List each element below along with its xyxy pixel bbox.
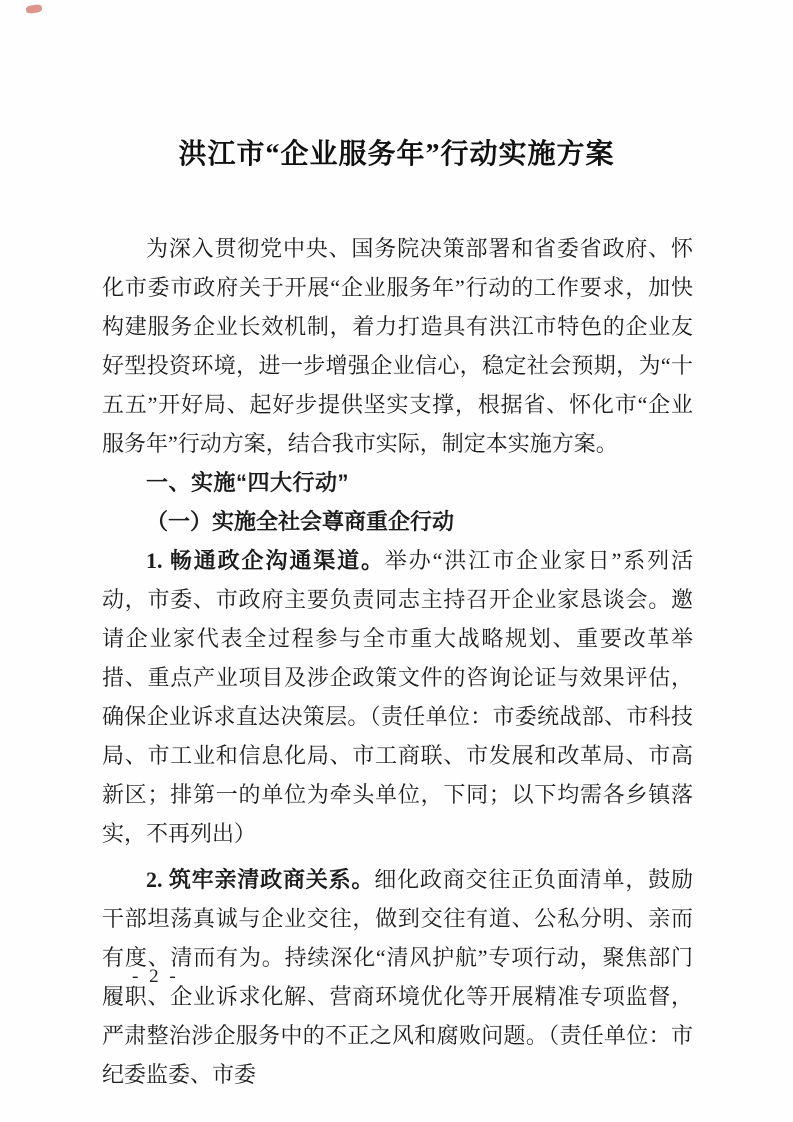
document-page: 洪江市“企业服务年”行动实施方案 为深入贯彻党中央、国务院决策部署和省委省政府、… [0,0,793,1122]
document-title: 洪江市“企业服务年”行动实施方案 [80,132,713,172]
item-1-text: 举办“洪江市企业家日”系列活动，市委、市政府主要负责同志主持召开企业家恳谈会。邀… [102,548,693,846]
section-heading: 一、实施“四大行动” [102,463,693,502]
intro-paragraph: 为深入贯彻党中央、国务院决策部署和省委省政府、怀化市委市政府关于开展“企业服务年… [102,229,693,463]
item-2-text: 细化政商交往正负面清单，鼓励干部坦荡真诚与企业交往，做到交往有道、公私分明、亲而… [102,867,693,1087]
red-annotation-mark [26,4,43,14]
item-1-lead: 1. 畅通政企沟通渠道。 [146,548,385,573]
page-number: - 2 - [132,966,179,988]
document-body: 为深入贯彻党中央、国务院决策部署和省委省政府、怀化市委市政府关于开展“企业服务年… [102,229,693,1094]
item-2-paragraph: 2. 筑牢亲清政商关系。细化政商交往正负面清单，鼓励干部坦荡真诚与企业交往，做到… [102,860,693,1094]
item-2-lead: 2. 筑牢亲清政商关系。 [146,867,374,892]
item-1-paragraph: 1. 畅通政企沟通渠道。举办“洪江市企业家日”系列活动，市委、市政府主要负责同志… [102,541,693,853]
subsection-heading: （一）实施全社会尊商重企行动 [102,502,693,541]
